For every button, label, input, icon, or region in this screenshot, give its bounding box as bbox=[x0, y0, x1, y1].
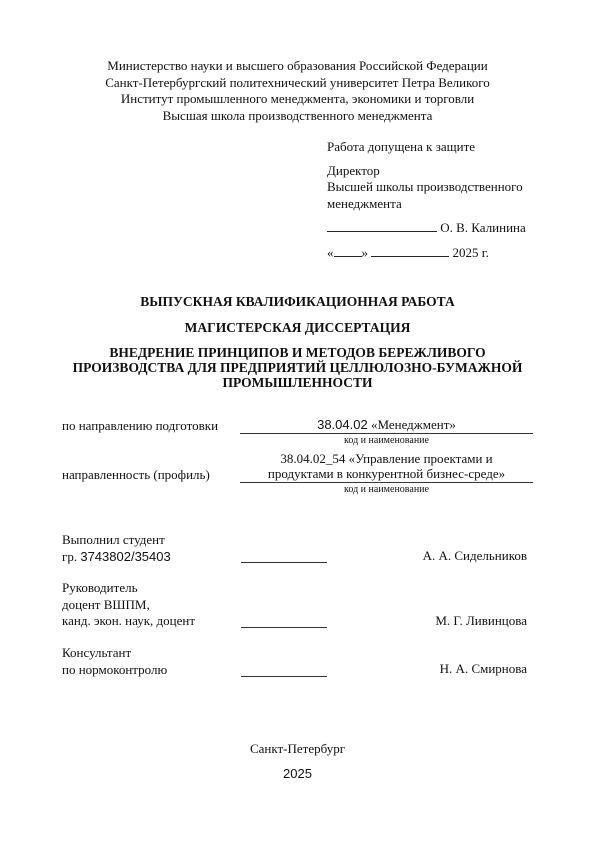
director-position: Директор bbox=[327, 163, 567, 180]
consultant-block: Консультант по нормоконтролю bbox=[62, 645, 167, 678]
work-subtype-title: МАГИСТЕРСКАЯ ДИССЕРТАЦИЯ bbox=[0, 320, 595, 335]
footer-year: 2025 bbox=[0, 766, 595, 781]
director-school: Высшей школы производственного bbox=[327, 179, 567, 196]
consultant-name: Н. А. Смирнова bbox=[440, 661, 527, 677]
footer-city: Санкт-Петербург bbox=[0, 741, 595, 757]
direction-code: 38.04.02 bbox=[317, 417, 368, 432]
profile-value-line-2: продуктами в конкурентной бизнес-среде» bbox=[240, 466, 533, 482]
profile-underline bbox=[240, 482, 533, 483]
university-line: Санкт-Петербургский политехнический унив… bbox=[0, 75, 595, 92]
topic-line-2: ПРОИЗВОДСТВА ДЛЯ ПРЕДПРИЯТИЙ ЦЕЛЛЮЛОЗНО-… bbox=[0, 360, 595, 375]
profile-value-line-1: 38.04.02_54 «Управление проектами и bbox=[240, 451, 533, 467]
supervisor-position: доцент ВШПМ, bbox=[62, 597, 195, 614]
direction-caption: код и наименование bbox=[240, 435, 533, 446]
work-type-title: ВЫПУСКНАЯ КВАЛИФИКАЦИОННАЯ РАБОТА bbox=[0, 294, 595, 309]
group-prefix: гр. bbox=[62, 549, 80, 564]
group-number: 3743802/35403 bbox=[80, 549, 170, 564]
profile-caption: код и наименование bbox=[240, 484, 533, 495]
student-name: А. А. Сидельников bbox=[423, 548, 527, 564]
institute-line: Институт промышленного менеджмента, экон… bbox=[0, 91, 595, 108]
director-signature-row: О. В. Калинина bbox=[327, 219, 567, 237]
director-signature-line bbox=[327, 219, 437, 232]
school-line: Высшая школа производственного менеджмен… bbox=[0, 108, 595, 125]
direction-label: по направлению подготовки bbox=[62, 418, 218, 434]
topic-line-1: ВНЕДРЕНИЕ ПРИНЦИПОВ И МЕТОДОВ БЕРЕЖЛИВОГ… bbox=[0, 345, 595, 360]
supervisor-signature-line bbox=[241, 627, 327, 628]
supervisor-block: Руководитель доцент ВШПМ, канд. экон. на… bbox=[62, 580, 195, 630]
student-block: Выполнил студент гр. 3743802/35403 bbox=[62, 532, 171, 565]
consultant-area: по нормоконтролю bbox=[62, 662, 167, 679]
profile-label: направленность (профиль) bbox=[62, 467, 210, 483]
director-name: О. В. Калинина bbox=[440, 220, 526, 235]
consultant-role: Консультант bbox=[62, 645, 167, 662]
direction-name: «Менеджмент» bbox=[368, 417, 456, 432]
topic-line-3: ПРОМЫШЛЕННОСТИ bbox=[0, 375, 595, 390]
profile-code: 38.04.02_54 bbox=[280, 451, 345, 466]
approval-block: Работа допущена к защите Директор Высшей… bbox=[327, 139, 567, 261]
organization-header: Министерство науки и высшего образования… bbox=[0, 58, 595, 124]
direction-value: 38.04.02 «Менеджмент» bbox=[240, 417, 533, 433]
supervisor-role: Руководитель bbox=[62, 580, 195, 597]
student-group: гр. 3743802/35403 bbox=[62, 549, 171, 566]
consultant-signature-line bbox=[241, 676, 327, 677]
director-school-cont: менеджмента bbox=[327, 196, 567, 213]
admitted-text: Работа допущена к защите bbox=[327, 139, 567, 156]
student-role: Выполнил студент bbox=[62, 532, 171, 549]
supervisor-name: М. Г. Ливинцова bbox=[435, 613, 527, 629]
date-month-line bbox=[371, 244, 449, 257]
date-day-line bbox=[334, 244, 362, 257]
approval-date-row: «» 2025 г. bbox=[327, 244, 567, 262]
supervisor-degree: канд. экон. наук, доцент bbox=[62, 613, 195, 630]
student-signature-line bbox=[241, 562, 327, 563]
date-year: 2025 г. bbox=[453, 245, 489, 260]
ministry-line: Министерство науки и высшего образования… bbox=[0, 58, 595, 75]
profile-name-start: «Управление проектами и bbox=[345, 451, 492, 466]
date-close-quote: » bbox=[362, 245, 369, 260]
direction-underline bbox=[240, 433, 533, 434]
